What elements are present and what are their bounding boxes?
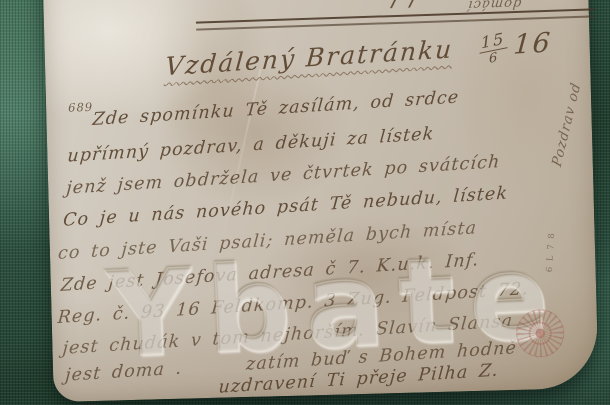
postcard-photograph: domácí Vzdálený Bratránku15616 689 Zde s…: [0, 0, 610, 405]
upside-down-note: domácí: [467, 0, 522, 12]
embossed-watermark: Ybate: [105, 237, 566, 375]
date-fraction: 156: [478, 30, 508, 67]
date-year: 16: [512, 27, 553, 61]
postcard: domácí Vzdálený Bratránku15616 689 Zde s…: [42, 0, 598, 402]
salutation-heading: Vzdálený Bratránku15616: [164, 27, 553, 84]
salutation-text: Vzdálený Bratránku: [164, 34, 454, 81]
pen-stroke: [390, 0, 415, 8]
top-double-rule: [196, 8, 594, 30]
margin-number: 689: [68, 100, 93, 115]
vertical-edge-note: Pozdrav od: [544, 59, 590, 191]
handwritten-line: Zde spomínku Tě zasílám, od srdce: [92, 87, 460, 130]
